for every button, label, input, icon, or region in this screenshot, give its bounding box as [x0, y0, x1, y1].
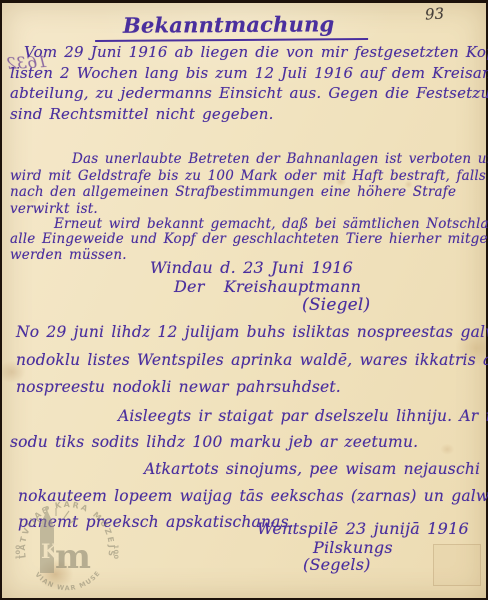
document-title: Bekanntmachung	[2, 12, 486, 41]
stamp-left-number: 100	[14, 544, 22, 559]
text-line: Atkartots sinojums, pee wisam nejauschi	[18, 456, 488, 483]
text-line: verwirkt ist.	[10, 201, 488, 218]
german-paragraph-3: Erneut wird bekannt gemacht, daß bei säm…	[10, 217, 488, 263]
latvian-seal-note: (Segels)	[303, 555, 371, 574]
latvian-paragraph-1: No 29 juni lihdz 12 julijam buhs islikta…	[16, 319, 488, 402]
text-line: alle Eingeweide und Kopf der geschlachte…	[10, 232, 488, 247]
museum-stamp-watermark: LATVIJAS KARA MUZEJS LATVIAN WAR MUSEUM …	[10, 496, 130, 600]
text-line: wird mit Geldstrafe bis zu 100 Mark oder…	[10, 168, 488, 185]
text-line: nodoklu listes Wentspiles aprinka waldē,…	[16, 347, 488, 375]
german-seal-note: (Siegel)	[302, 295, 370, 315]
text-line: Erneut wird bekannt gemacht, daß bei säm…	[10, 217, 488, 232]
german-dateline: Windau d. 23 Juni 1916	[150, 258, 353, 277]
text-line: abteilung, zu jedermanns Einsicht aus. G…	[10, 83, 488, 104]
document-title-text: Bekanntmachung	[95, 11, 369, 42]
latvian-paragraph-2: Aisleegts ir staigat par dselszelu lihni…	[10, 403, 488, 455]
stamp-right-number: 100	[112, 544, 120, 559]
text-line: sind Rechtsmittel nicht gegeben.	[10, 104, 488, 125]
scanned-document: { "page_number": "93", "title": "Bekannt…	[0, 0, 488, 600]
stamp-monogram-m: m	[55, 537, 91, 577]
text-line: sodu tiks sodits lihdz 100 marku jeb ar …	[10, 429, 488, 455]
text-line: Das unerlaubte Betreten der Bahnanlagen …	[10, 151, 488, 168]
paper-sheet: 93 1632 Bekanntmachung Vom 29 Juni 1916 …	[2, 3, 486, 598]
text-line: Vom 29 Juni 1916 ab liegen die von mir f…	[10, 42, 488, 63]
paper-impression-mark	[433, 544, 481, 586]
text-line: nach den allgemeinen Strafbestimmungen e…	[10, 184, 488, 201]
text-line: listen 2 Wochen lang bis zum 12 Juli 191…	[10, 63, 488, 84]
text-line: nospreestu nodokli newar pahrsuhdset.	[16, 374, 488, 402]
latvian-dateline: Wentspilē 23 junijā 1916	[257, 519, 469, 538]
german-paragraph-1: Vom 29 Juni 1916 ab liegen die von mir f…	[10, 42, 488, 124]
text-line: Aisleegts ir staigat par dselszelu lihni…	[10, 403, 488, 429]
german-paragraph-2: Das unerlaubte Betreten der Bahnanlagen …	[10, 151, 488, 217]
german-signature-title: Der Kreishauptmann	[174, 277, 361, 296]
text-line: No 29 juni lihdz 12 julijam buhs islikta…	[16, 319, 488, 347]
